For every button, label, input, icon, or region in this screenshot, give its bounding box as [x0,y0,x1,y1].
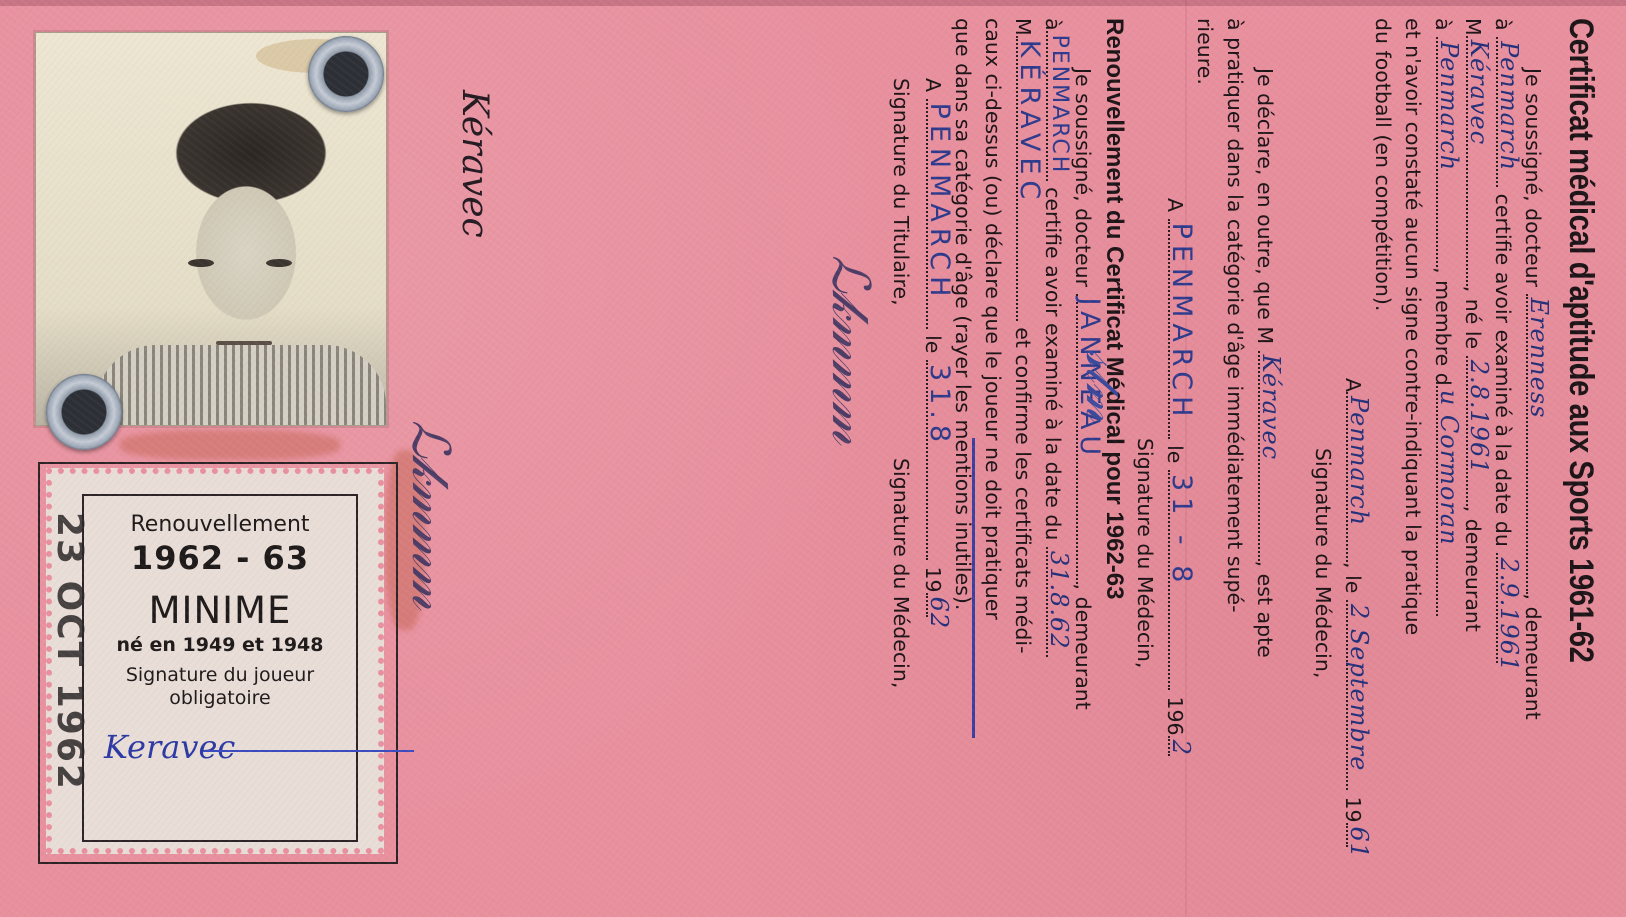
decl-line-2: à pratiquer dans la catégorie d'âge immé… [1220,18,1250,898]
residence-field: Penmarch [1496,37,1516,187]
cert-line-7: APenmarch, le 2 Septembre 1961 [1338,18,1368,898]
doctor-signature-1: 𝓈𝓁𝓂 [1074,350,1130,421]
card-top-edge [0,0,1626,6]
club-field: u Cormoran [1436,386,1456,616]
decl-signature-label: Signature du Médecin, [1130,18,1160,898]
postmark-date: 23 OCT 1962 [49,512,90,791]
holder-signature: Kéravec [454,90,495,238]
holder-signature-label: Signature du Titulaire, [886,18,916,458]
exam-date-field: 2.9.1961 [1496,553,1516,663]
strikethrough-mark [972,438,975,738]
certificate-text: Certificat médical d'aptitude aux Sports… [450,18,1600,898]
declaration-block: Je déclare, en outre, que M Kéravec, est… [1130,18,1280,898]
stamp-signature-line2: obligatoire [84,687,356,710]
doctor-signature-2: ℒ𝓀𝓂𝓂𝓂 [819,255,880,443]
decl-player-field: Kéravec [1258,351,1278,561]
cert-line-5: et n'avoir constaté aucun signe contre-i… [1398,18,1428,898]
year-field: 61 [1346,823,1366,847]
photo-eye [266,259,292,267]
renewal-doctor-signature-label: Signature du Médecin, [889,458,913,688]
renewal-residence-field: PENMARCH [1046,31,1066,181]
decl-line-1: Je déclare, en outre, que M Kéravec, est… [1250,18,1280,898]
place-field: Penmarch [1346,392,1366,562]
player-residence-field: Penmarch [1436,37,1456,267]
certificate-body: Je soussigné, docteur Erenness, demeuran… [1308,18,1548,898]
decl-place-field: PENMARCH [1168,219,1188,439]
stamp-content: Renouvellement 1962 - 63 MINIME né en 19… [82,494,358,842]
photo-shirt [96,345,386,425]
renewal-date-field: 31.8 [926,360,946,560]
certificate-card: Renouvellement 1962 - 63 MINIME né en 19… [0,0,1626,917]
eyelet-icon [46,374,122,450]
photo-eye [188,259,214,267]
stamp-signature-line1: Signature du joueur [84,664,356,687]
renewal-line-6: A PENMARCH le 31.8 1962 [918,18,948,898]
decl-year-field: 2 [1168,736,1188,756]
renewal-exam-date-field: 31.8.62 [1046,547,1066,657]
renewal-player-field: KÉRAVEC [1016,36,1036,321]
renewal-place-field: PENMARCH [926,99,946,329]
renewal-year-field: 62 [926,593,946,617]
stain [120,430,340,460]
renewal-doctor-field: JANNEAU [1076,294,1096,584]
doctor-field: Erenness [1526,294,1546,594]
renewal-line-4: caux ci-dessus (ou) déclare que le joueu… [978,18,1008,898]
player-signature: Keravec [104,728,235,766]
stamp-renewal-label: Renouvellement [84,512,356,537]
renewal-line-3: MKÉRAVEC et confirme les certificats méd… [1008,18,1038,898]
stamp-born-years: né en 1949 et 1948 [84,634,356,656]
birth-date-field: 2.8.1961 [1466,356,1486,506]
decl-line-3: rieure. [1190,18,1220,898]
stamp-season: 1962 - 63 [84,539,356,577]
certificate-title: Certificat médical d'aptitude aux Sports… [1561,18,1600,898]
stamp-category: MINIME [84,589,356,632]
cert-line-4: à Penmarch, membre du Cormoran [1428,18,1458,898]
eyelet-icon [308,36,384,112]
stamp-signature-label: Signature du joueur obligatoire [84,664,356,710]
renewal-block: Renouvellement du Certificat Médical pou… [886,18,1128,898]
doctor-signature-label: Signature du Médecin, [1308,18,1338,898]
decl-date-field: 31 - 8 [1168,470,1188,690]
renewal-signature-labels: Signature du Titulaire,Signature du Méde… [886,18,916,898]
player-name-field: Kéravec [1466,36,1486,286]
doctor-signature-3: ℒ𝓀𝓂𝓂𝓂 [399,420,460,608]
date-field: 2 Septembre [1346,600,1366,790]
decl-line-4: A PENMARCH le 31 - 8 1962 [1160,18,1190,898]
